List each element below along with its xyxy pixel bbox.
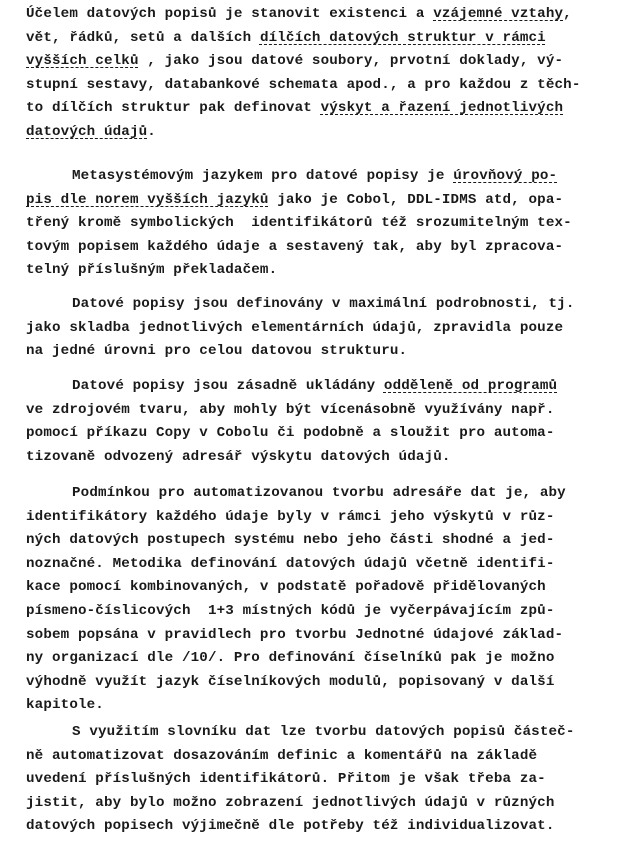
text-line: datových údajů. <box>26 121 626 145</box>
text-line: Datové popisy jsou definovány v maximáln… <box>26 293 626 317</box>
text-line: Účelem datových popisů je stanovit exist… <box>26 3 626 27</box>
text-run: identifikátory každého údaje byly v rámc… <box>26 509 555 525</box>
text-line: ny organizací dle /10/. Pro definování č… <box>26 647 626 671</box>
text-run: . <box>147 124 156 140</box>
text-line: pis dle norem vyšších jazyků jako je Cob… <box>26 189 626 213</box>
text-run: vět, řádků, setů a dalších <box>26 30 260 46</box>
text-run: sobem popsána v pravidlech pro tvorbu Je… <box>26 627 563 643</box>
paragraph-separate-storage: Datové popisy jsou zásadně ukládány oddě… <box>26 375 626 469</box>
typewritten-page: Účelem datových popisů je stanovit exist… <box>0 0 633 846</box>
underlined-phrase: odděleně od programů <box>384 378 557 394</box>
underlined-phrase: výskyt a řazení jednotlivých <box>321 100 564 116</box>
text-line: pomocí příkazu Copy v Cobolu či podobně … <box>26 422 626 446</box>
underlined-phrase: úrovňový po- <box>453 168 557 184</box>
text-line: jako skladba jednotlivých elementárních … <box>26 317 626 341</box>
paragraph-directory-condition: Podmínkou pro automatizovanou tvorbu adr… <box>26 482 626 718</box>
text-run: pomocí příkazu Copy v Cobolu či podobně … <box>26 425 555 441</box>
text-run: výhodně využít jazyk číselníkových modul… <box>26 674 555 690</box>
underlined-phrase: vyšších celků <box>26 53 139 69</box>
text-line: kapitole. <box>26 694 626 718</box>
paragraph-metasystem-language: Metasystémovým jazykem pro datové popisy… <box>26 165 626 283</box>
text-run: Podmínkou pro automatizovanou tvorbu adr… <box>72 485 566 501</box>
text-run: ny organizací dle /10/. Pro definování č… <box>26 650 555 666</box>
underlined-phrase: pis dle norem vyšších jazyků <box>26 192 269 208</box>
text-run: telný příslušným překladačem. <box>26 262 277 278</box>
text-run: jako je Cobol, DDL-IDMS atd, opa- <box>269 192 564 208</box>
text-line: kace pomocí kombinovaných, v podstatě po… <box>26 576 626 600</box>
text-run: na jedné úrovni pro celou datovou strukt… <box>26 343 407 359</box>
text-run: kapitole. <box>26 697 104 713</box>
text-run: , <box>563 6 572 22</box>
text-run: S využitím slovníku dat lze tvorbu datov… <box>72 724 575 740</box>
text-run: noznačné. Metodika definování datových ú… <box>26 556 555 572</box>
text-line: výhodně využít jazyk číselníkových modul… <box>26 671 626 695</box>
paragraph-detail-level: Datové popisy jsou definovány v maximáln… <box>26 293 626 364</box>
text-line: stupní sestavy, databankové schemata apo… <box>26 74 626 98</box>
text-run: , jako jsou datové soubory, prvotní dokl… <box>139 53 564 69</box>
text-line: Datové popisy jsou zásadně ukládány oddě… <box>26 375 626 399</box>
paragraph-data-dictionary: S využitím slovníku dat lze tvorbu datov… <box>26 721 626 839</box>
text-line: S využitím slovníku dat lze tvorbu datov… <box>26 721 626 745</box>
text-run: ve zdrojovém tvaru, aby mohly být vícená… <box>26 402 555 418</box>
text-line: na jedné úrovni pro celou datovou strukt… <box>26 340 626 364</box>
text-run: Datové popisy jsou definovány v maximáln… <box>72 296 575 312</box>
underlined-phrase: vzájemné vztahy <box>433 6 563 22</box>
text-run: tovým popisem každého údaje a sestavený … <box>26 239 563 255</box>
text-run: Účelem datových popisů je stanovit exist… <box>26 6 433 22</box>
text-run: písmeno-číslicových 1+3 místných kódů je… <box>26 603 555 619</box>
text-line: to dílčích struktur pak definovat výskyt… <box>26 97 626 121</box>
text-line: noznačné. Metodika definování datových ú… <box>26 553 626 577</box>
text-run: ně automatizovat dosazováním definic a k… <box>26 748 537 764</box>
text-line: Metasystémovým jazykem pro datové popisy… <box>26 165 626 189</box>
text-line: vyšších celků , jako jsou datové soubory… <box>26 50 626 74</box>
text-line: datových popisech výjimečně dle potřeby … <box>26 815 626 839</box>
text-line: jistit, aby bylo možno zobrazení jednotl… <box>26 792 626 816</box>
paragraph-purpose: Účelem datových popisů je stanovit exist… <box>26 3 626 145</box>
text-run: Metasystémovým jazykem pro datové popisy… <box>72 168 453 184</box>
text-run: datových popisech výjimečně dle potřeby … <box>26 818 555 834</box>
text-run: stupní sestavy, databankové schemata apo… <box>26 77 581 93</box>
text-line: ně automatizovat dosazováním definic a k… <box>26 745 626 769</box>
text-line: tovým popisem každého údaje a sestavený … <box>26 236 626 260</box>
text-line: ve zdrojovém tvaru, aby mohly být vícená… <box>26 399 626 423</box>
text-line: třený kromě symbolických identifikátorů … <box>26 212 626 236</box>
underlined-phrase: datových údajů <box>26 124 147 140</box>
text-line: tizovaně odvozený adresář výskytu datový… <box>26 446 626 470</box>
text-line: sobem popsána v pravidlech pro tvorbu Je… <box>26 624 626 648</box>
text-run: jako skladba jednotlivých elementárních … <box>26 320 563 336</box>
text-run: jistit, aby bylo možno zobrazení jednotl… <box>26 795 555 811</box>
text-run: to dílčích struktur pak definovat <box>26 100 321 116</box>
text-line: identifikátory každého údaje byly v rámc… <box>26 506 626 530</box>
text-line: telný příslušným překladačem. <box>26 259 626 283</box>
text-line: ných datových postupech systému nebo jeh… <box>26 529 626 553</box>
text-line: vět, řádků, setů a dalších dílčích datov… <box>26 27 626 51</box>
text-line: Podmínkou pro automatizovanou tvorbu adr… <box>26 482 626 506</box>
underlined-phrase: dílčích datových struktur v rámci <box>260 30 546 46</box>
text-line: uvedení příslušných identifikátorů. Přit… <box>26 768 626 792</box>
text-line: písmeno-číslicových 1+3 místných kódů je… <box>26 600 626 624</box>
text-run: třený kromě symbolických identifikátorů … <box>26 215 572 231</box>
text-run: ných datových postupech systému nebo jeh… <box>26 532 555 548</box>
text-run: Datové popisy jsou zásadně ukládány <box>72 378 384 394</box>
text-run: tizovaně odvozený adresář výskytu datový… <box>26 449 451 465</box>
text-run: kace pomocí kombinovaných, v podstatě po… <box>26 579 546 595</box>
text-run: uvedení příslušných identifikátorů. Přit… <box>26 771 546 787</box>
